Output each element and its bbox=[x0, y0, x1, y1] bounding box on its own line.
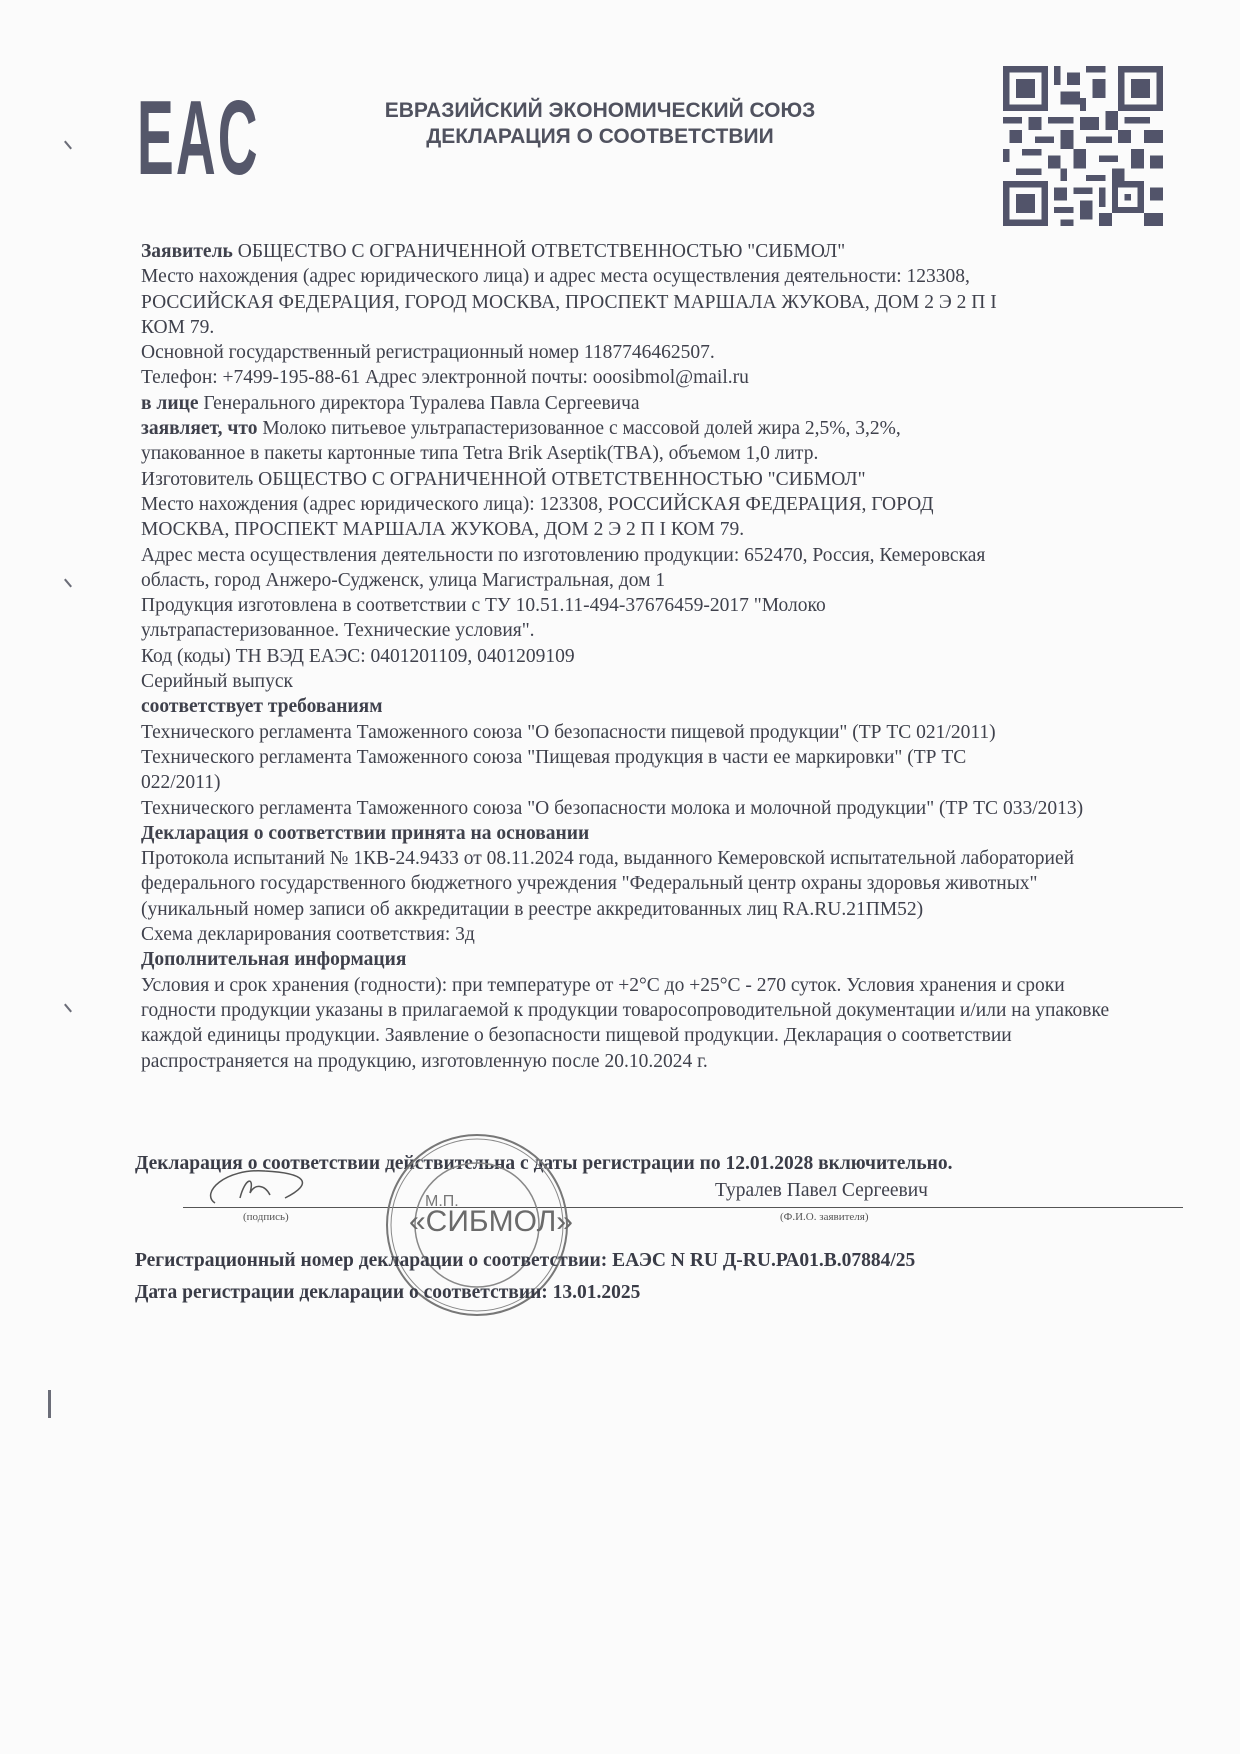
declares-line: заявляет, что Молоко питьевое ультрапаст… bbox=[141, 416, 1141, 441]
release-type: Серийный выпуск bbox=[141, 669, 1141, 694]
additional-text: Условия и срок хранения (годности): при … bbox=[141, 973, 1136, 1074]
applicant-contacts: Телефон: +7499-195-88-61 Адрес электронн… bbox=[141, 365, 1141, 390]
signer-name: Туралев Павел Сергеевич bbox=[715, 1180, 928, 1202]
product-standard-1: Продукция изготовлена в соответствии с Т… bbox=[141, 593, 1141, 618]
declares-label: заявляет, что bbox=[141, 418, 258, 439]
scan-artifact bbox=[64, 1004, 72, 1013]
manufacturer-address-2: МОСКВА, ПРОСПЕКТ МАРШАЛА ЖУКОВА, ДОМ 2 Э… bbox=[141, 517, 1141, 542]
signer-caption: (Ф.И.О. заявителя) bbox=[780, 1211, 869, 1223]
applicant-address-2: РОССИЙСКАЯ ФЕДЕРАЦИЯ, ГОРОД МОСКВА, ПРОС… bbox=[141, 290, 1141, 315]
manufacturer-line: Изготовитель ОБЩЕСТВО С ОГРАНИЧЕННОЙ ОТВ… bbox=[141, 467, 1141, 492]
product-standard-2: ультрапастеризованное. Технические услов… bbox=[141, 618, 1141, 643]
signature-line bbox=[183, 1207, 1183, 1208]
scan-artifact bbox=[64, 141, 72, 150]
represented-text: Генерального директора Туралева Павла Се… bbox=[203, 393, 639, 414]
requirements-heading: соответствует требованиям bbox=[141, 694, 1141, 719]
requirement-item: Технического регламента Таможенного союз… bbox=[141, 745, 1021, 796]
requirement-item: Технического регламента Таможенного союз… bbox=[141, 796, 1131, 821]
represented-line: в лице Генерального директора Туралева П… bbox=[141, 391, 1141, 416]
document-header: ЕВРАЗИЙСКИЙ ЭКОНОМИЧЕСКИЙ СОЮЗ ДЕКЛАРАЦИ… bbox=[300, 98, 900, 150]
manufacturer-label: Изготовитель bbox=[141, 469, 253, 490]
manufacturer-name: ОБЩЕСТВО С ОГРАНИЧЕННОЙ ОТВЕТСТВЕННОСТЬЮ… bbox=[258, 469, 865, 490]
qr-code-icon bbox=[993, 66, 1173, 226]
manufacturer-address-1: Место нахождения (адрес юридического лиц… bbox=[141, 492, 1141, 517]
eac-logo: EAC bbox=[137, 93, 245, 183]
declares-text: Молоко питьевое ультрапастеризованное с … bbox=[262, 418, 900, 439]
applicant-line: Заявитель ОБЩЕСТВО С ОГРАНИЧЕННОЙ ОТВЕТС… bbox=[141, 239, 1141, 264]
union-title: ЕВРАЗИЙСКИЙ ЭКОНОМИЧЕСКИЙ СОЮЗ bbox=[300, 98, 900, 124]
applicant-name: ОБЩЕСТВО С ОГРАНИЧЕННОЙ ОТВЕТСТВЕННОСТЬЮ… bbox=[238, 241, 845, 262]
registration-date: Дата регистрации декларации о соответств… bbox=[135, 1277, 915, 1309]
registration-number: Регистрационный номер декларации о соотв… bbox=[135, 1245, 915, 1277]
basis-heading: Декларация о соответствии принята на осн… bbox=[141, 821, 1141, 846]
signature-caption: (подпись) bbox=[243, 1211, 289, 1223]
basis-text: Протокола испытаний № 1КВ-24.9433 от 08.… bbox=[141, 846, 1091, 922]
scan-artifact bbox=[48, 1390, 51, 1418]
applicant-ogrn: Основной государственный регистрационный… bbox=[141, 340, 1141, 365]
represented-label: в лице bbox=[141, 393, 198, 414]
production-address-2: область, город Анжеро-Судженск, улица Ма… bbox=[141, 568, 1141, 593]
scan-artifact bbox=[64, 579, 72, 588]
additional-heading: Дополнительная информация bbox=[141, 947, 1141, 972]
registration-section: Регистрационный номер декларации о соотв… bbox=[135, 1245, 915, 1309]
declaration-body: Заявитель ОБЩЕСТВО С ОГРАНИЧЕННОЙ ОТВЕТС… bbox=[141, 239, 1141, 1074]
applicant-address-3: КОМ 79. bbox=[141, 315, 1141, 340]
hs-codes: Код (коды) ТН ВЭД ЕАЭС: 0401201109, 0401… bbox=[141, 644, 1141, 669]
stamp-name: «СИБМОЛ» bbox=[409, 1205, 573, 1239]
declares-text-2: упакованное в пакеты картонные типа Tetr… bbox=[141, 441, 1141, 466]
signature-section: Декларация о соответствии действительна … bbox=[135, 1153, 1135, 1175]
applicant-label: Заявитель bbox=[141, 241, 233, 262]
production-address-1: Адрес места осуществления деятельности п… bbox=[141, 543, 1141, 568]
eac-logo-text: EAC bbox=[137, 93, 193, 183]
declaration-title: ДЕКЛАРАЦИЯ О СООТВЕТСТВИИ bbox=[300, 124, 900, 150]
requirement-item: Технического регламента Таможенного союз… bbox=[141, 720, 1141, 745]
handwritten-signature bbox=[195, 1163, 335, 1213]
scheme-text: Схема декларирования соответствия: 3д bbox=[141, 922, 1141, 947]
applicant-address-1: Место нахождения (адрес юридического лиц… bbox=[141, 264, 1141, 289]
